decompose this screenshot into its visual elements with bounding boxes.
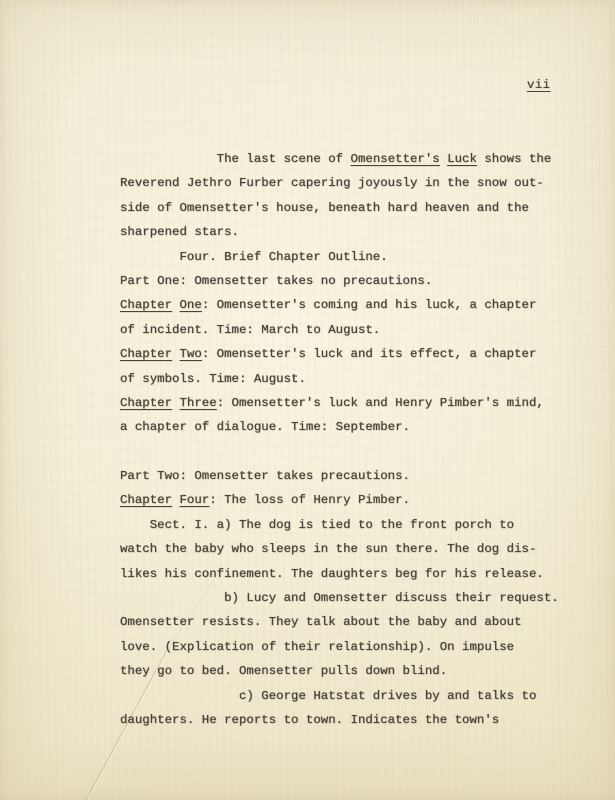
underlined-text: One <box>180 298 202 312</box>
typed-text: : The loss of Henry Pimber. <box>209 493 410 507</box>
typed-line: Omensetter resists. They talk about the … <box>120 610 559 634</box>
underlined-text: Omensetter's <box>351 152 440 166</box>
typed-text: of incident. Time: March to August. <box>120 323 380 337</box>
typed-text: side of Omensetter's house, beneath hard… <box>120 201 529 215</box>
typed-text: Four. Brief Chapter Outline. <box>120 250 388 264</box>
typed-line: Four. Brief Chapter Outline. <box>120 245 559 269</box>
typed-text: shows the <box>477 152 551 166</box>
typed-text: : Omensetter's luck and its effect, a ch… <box>202 347 537 361</box>
typed-line: Chapter One: Omensetter's coming and his… <box>120 293 559 317</box>
typed-text <box>172 396 179 410</box>
document-page: vii The last scene of Omensetter's Luck … <box>0 0 615 800</box>
typed-text: b) Lucy and Omensetter discuss their req… <box>120 591 559 605</box>
typed-line: of incident. Time: March to August. <box>120 318 559 342</box>
typed-text <box>172 298 179 312</box>
underlined-text: Four <box>180 493 210 507</box>
typed-line: Chapter Four: The loss of Henry Pimber. <box>120 488 559 512</box>
typed-line: watch the baby who sleeps in the sun the… <box>120 537 559 561</box>
typed-text: : Omensetter's luck and Henry Pimber's m… <box>217 396 544 410</box>
typed-text: likes his confinement. The daughters beg… <box>120 567 544 581</box>
typed-line <box>120 440 559 464</box>
typed-text: Part One: Omensetter takes no precaution… <box>120 274 432 288</box>
typed-text <box>172 493 179 507</box>
underlined-text: Two <box>180 347 202 361</box>
underlined-text: Luck <box>447 152 477 166</box>
typed-line: c) George Hatstat drives by and talks to <box>120 684 559 708</box>
typed-text: Omensetter resists. They talk about the … <box>120 615 522 629</box>
typed-text: c) George Hatstat drives by and talks to <box>120 689 536 703</box>
typed-text: sharpened stars. <box>120 225 239 239</box>
typed-text: Sect. I. a) The dog is tied to the front… <box>120 518 514 532</box>
typed-line: Chapter Three: Omensetter's luck and Hen… <box>120 391 559 415</box>
typed-text: of symbols. Time: August. <box>120 372 306 386</box>
typed-line: a chapter of dialogue. Time: September. <box>120 415 559 439</box>
typed-line: likes his confinement. The daughters beg… <box>120 562 559 586</box>
typed-line: sharpened stars. <box>120 220 559 244</box>
typed-line: Chapter Two: Omensetter's luck and its e… <box>120 342 559 366</box>
typed-lines: The last scene of Omensetter's Luck show… <box>120 147 559 732</box>
underlined-text: Chapter <box>120 298 172 312</box>
typed-line: The last scene of Omensetter's Luck show… <box>120 147 559 171</box>
typed-text <box>172 347 179 361</box>
typed-line: of symbols. Time: August. <box>120 367 559 391</box>
typed-line: Sect. I. a) The dog is tied to the front… <box>120 513 559 537</box>
typed-line: they go to bed. Omensetter pulls down bl… <box>120 659 559 683</box>
page-number: vii <box>527 77 551 93</box>
typed-text: a chapter of dialogue. Time: September. <box>120 420 410 434</box>
typed-text: they go to bed. Omensetter pulls down bl… <box>120 664 447 678</box>
typed-line: daughters. He reports to town. Indicates… <box>120 708 559 732</box>
typed-line: Part Two: Omensetter takes precautions. <box>120 464 559 488</box>
typed-text: Reverend Jethro Furber capering joyously… <box>120 176 544 190</box>
underlined-text: Chapter <box>120 347 172 361</box>
typed-text: : Omensetter's coming and his luck, a ch… <box>202 298 537 312</box>
typed-line: side of Omensetter's house, beneath hard… <box>120 196 559 220</box>
underlined-text: Chapter <box>120 396 172 410</box>
typed-text: The last scene of <box>120 152 351 166</box>
typed-line: Reverend Jethro Furber capering joyously… <box>120 171 559 195</box>
typed-line: Part One: Omensetter takes no precaution… <box>120 269 559 293</box>
typed-line: love. (Explication of their relationship… <box>120 635 559 659</box>
typed-text: love. (Explication of their relationship… <box>120 640 514 654</box>
typed-line: b) Lucy and Omensetter discuss their req… <box>120 586 559 610</box>
underlined-text: Chapter <box>120 493 172 507</box>
underlined-text: Three <box>180 396 217 410</box>
typed-text: daughters. He reports to town. Indicates… <box>120 713 499 727</box>
typed-text: watch the baby who sleeps in the sun the… <box>120 542 536 556</box>
typed-text: Part Two: Omensetter takes precautions. <box>120 469 410 483</box>
